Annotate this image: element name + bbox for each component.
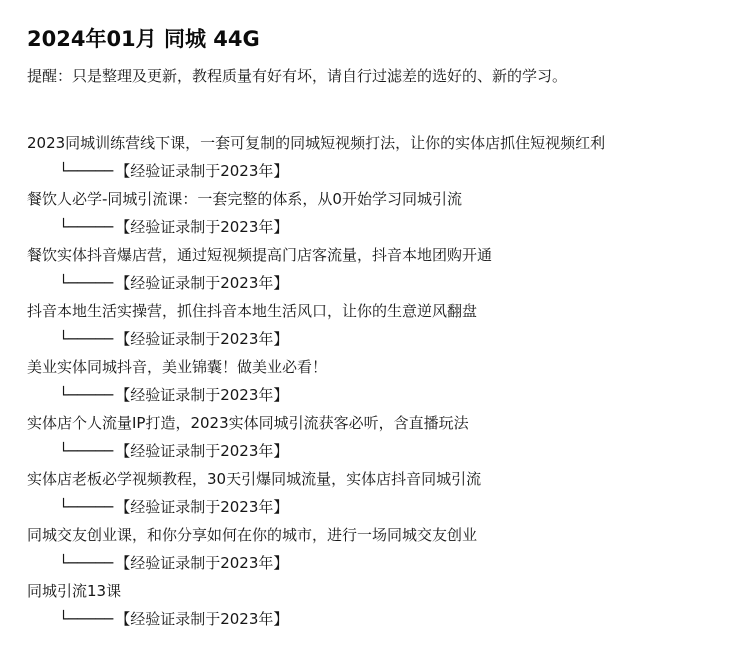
note-text: 【经验证录制于2023年】 <box>115 330 288 348</box>
course-note: └───── 【经验证录制于2023年】 <box>27 325 740 353</box>
list-item: 餐饮人必学-同城引流课：一套完整的体系，从0开始学习同城引流 └───── 【经… <box>27 185 740 241</box>
list-item: 2023同城训练营线下课，一套可复制的同城短视频打法，让你的实体店抓住短视频红利… <box>27 129 740 185</box>
course-note: └───── 【经验证录制于2023年】 <box>27 381 740 409</box>
course-note: └───── 【经验证录制于2023年】 <box>27 269 740 297</box>
note-text: 【经验证录制于2023年】 <box>115 442 288 460</box>
list-item: 美业实体同城抖音，美业锦囊！做美业必看！ └───── 【经验证录制于2023年… <box>27 353 740 409</box>
note-text: 【经验证录制于2023年】 <box>115 610 288 628</box>
note-text: 【经验证录制于2023年】 <box>115 554 288 572</box>
tree-branch-icon: └───── <box>59 549 113 577</box>
note-text: 【经验证录制于2023年】 <box>115 218 288 236</box>
tree-branch-icon: └───── <box>59 325 113 353</box>
list-item: 实体店个人流量IP打造，2023实体同城引流获客必听，含直播玩法 └───── … <box>27 409 740 465</box>
course-title: 餐饮实体抖音爆店营，通过短视频提高门店客流量，抖音本地团购开通 <box>27 241 740 269</box>
course-note: └───── 【经验证录制于2023年】 <box>27 493 740 521</box>
list-item: 实体店老板必学视频教程，30天引爆同城流量，实体店抖音同城引流 └───── 【… <box>27 465 740 521</box>
note-text: 【经验证录制于2023年】 <box>115 274 288 292</box>
list-item: 同城交友创业课，和你分享如何在你的城市，进行一场同城交友创业 └───── 【经… <box>27 521 740 577</box>
tree-branch-icon: └───── <box>59 269 113 297</box>
list-item: 餐饮实体抖音爆店营，通过短视频提高门店客流量，抖音本地团购开通 └───── 【… <box>27 241 740 297</box>
course-note: └───── 【经验证录制于2023年】 <box>27 437 740 465</box>
tree-branch-icon: └───── <box>59 157 113 185</box>
course-title: 美业实体同城抖音，美业锦囊！做美业必看！ <box>27 353 740 381</box>
note-text: 【经验证录制于2023年】 <box>115 386 288 404</box>
note-text: 【经验证录制于2023年】 <box>115 498 288 516</box>
tree-branch-icon: └───── <box>59 493 113 521</box>
tree-branch-icon: └───── <box>59 381 113 409</box>
course-list: 2023同城训练营线下课，一套可复制的同城短视频打法，让你的实体店抓住短视频红利… <box>27 129 740 633</box>
list-item: 抖音本地生活实操营，抓住抖音本地生活风口，让你的生意逆风翻盘 └───── 【经… <box>27 297 740 353</box>
course-note: └───── 【经验证录制于2023年】 <box>27 213 740 241</box>
course-note: └───── 【经验证录制于2023年】 <box>27 549 740 577</box>
list-item: 同城引流13课 └───── 【经验证录制于2023年】 <box>27 577 740 633</box>
notice-text: 提醒：只是整理及更新，教程质量有好有坏，请自行过滤差的选好的、新的学习。 <box>27 64 567 88</box>
course-note: └───── 【经验证录制于2023年】 <box>27 605 740 633</box>
course-title: 实体店个人流量IP打造，2023实体同城引流获客必听，含直播玩法 <box>27 409 740 437</box>
course-title: 餐饮人必学-同城引流课：一套完整的体系，从0开始学习同城引流 <box>27 185 740 213</box>
course-title: 2023同城训练营线下课，一套可复制的同城短视频打法，让你的实体店抓住短视频红利 <box>27 129 740 157</box>
course-note: └───── 【经验证录制于2023年】 <box>27 157 740 185</box>
note-text: 【经验证录制于2023年】 <box>115 162 288 180</box>
course-title: 同城引流13课 <box>27 577 740 605</box>
tree-branch-icon: └───── <box>59 605 113 633</box>
page-title: 2024年01月 同城 44G <box>27 24 260 54</box>
course-title: 抖音本地生活实操营，抓住抖音本地生活风口，让你的生意逆风翻盘 <box>27 297 740 325</box>
course-title: 同城交友创业课，和你分享如何在你的城市，进行一场同城交友创业 <box>27 521 740 549</box>
course-title: 实体店老板必学视频教程，30天引爆同城流量，实体店抖音同城引流 <box>27 465 740 493</box>
tree-branch-icon: └───── <box>59 213 113 241</box>
tree-branch-icon: └───── <box>59 437 113 465</box>
